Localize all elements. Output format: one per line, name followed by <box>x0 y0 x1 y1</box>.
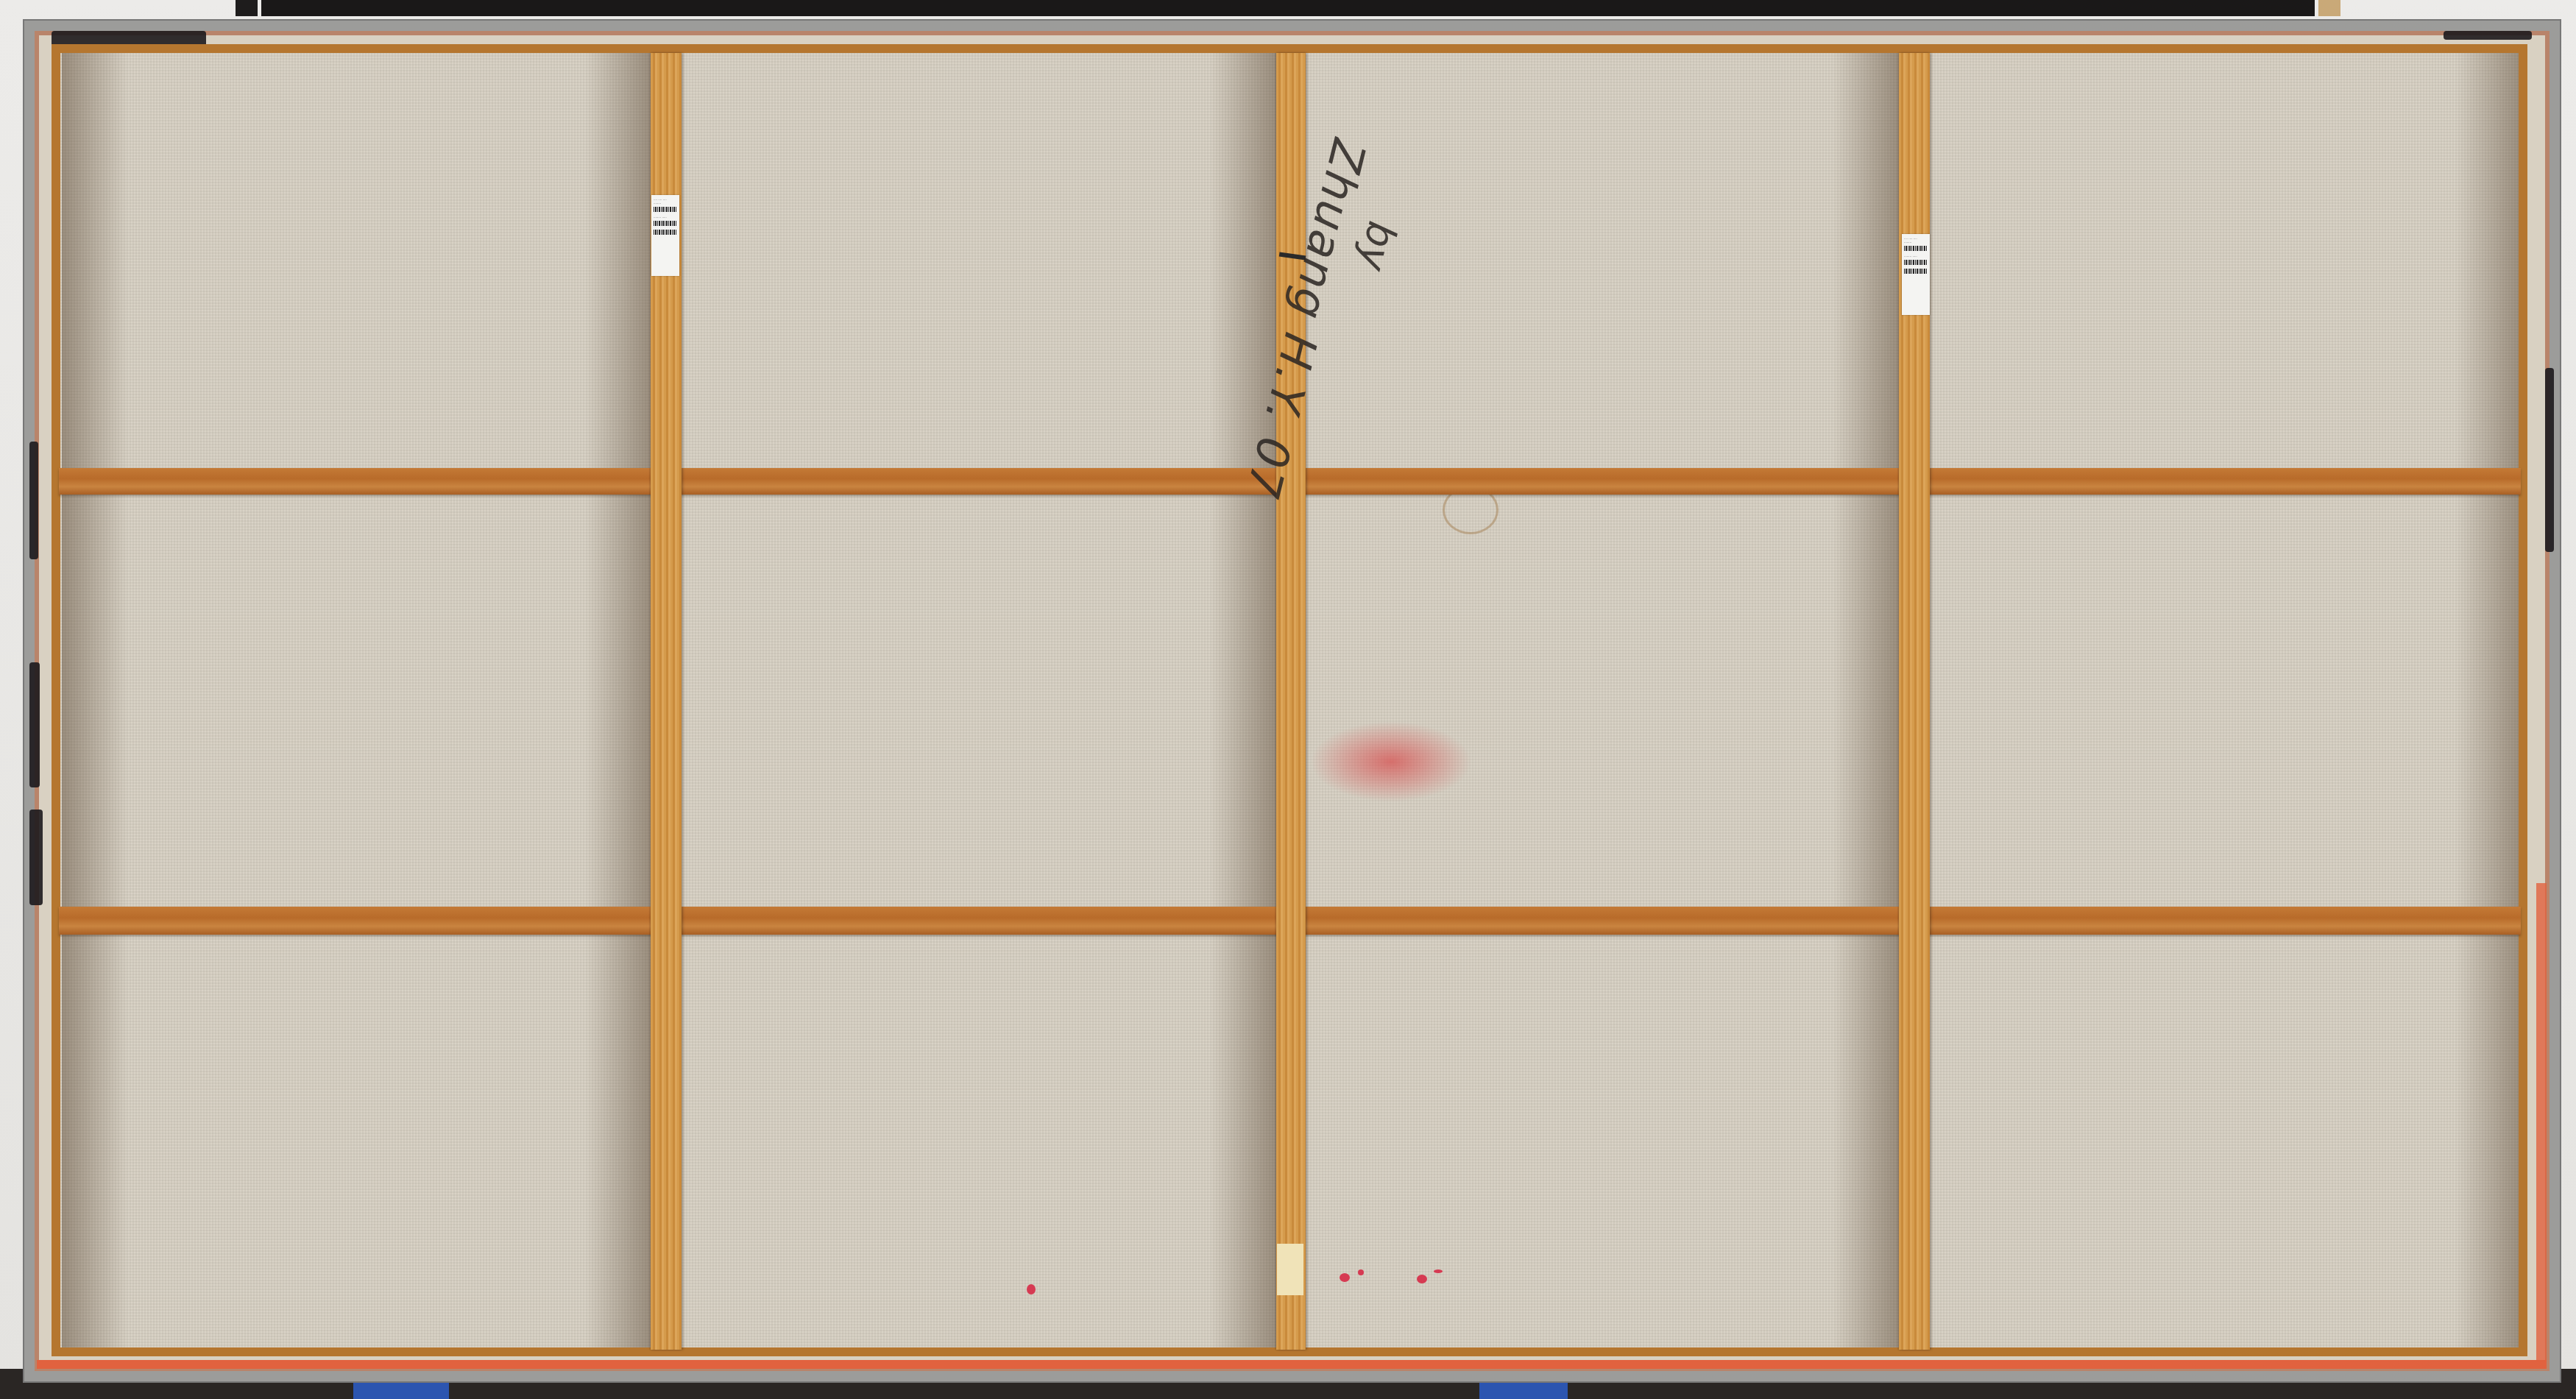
easel-post-right <box>2318 0 2340 16</box>
worn-paint-patch <box>1277 1244 1303 1295</box>
top-dark-strip <box>261 0 2315 16</box>
barcode-icon <box>1904 246 1928 251</box>
barcode-icon <box>654 230 677 235</box>
black-paint-top-right <box>2444 31 2532 40</box>
black-paint-left-3 <box>29 810 43 905</box>
label-text: ········ ····· <box>654 216 677 219</box>
inventory-label-right: ···· ···· ···· ········ ········ ····· <box>1902 234 1930 315</box>
inventory-label-left: ···· ···· ···· ········ ········ ····· <box>651 195 679 276</box>
barcode-icon <box>1904 260 1928 265</box>
red-paint-right-edge <box>2536 883 2547 1361</box>
barcode-icon <box>654 221 677 226</box>
black-paint-left-1 <box>29 442 38 559</box>
black-paint-left-2 <box>29 662 40 787</box>
label-text: ········ ····· <box>1904 255 1928 258</box>
black-paint-right <box>2545 368 2554 552</box>
easel-post-left <box>236 0 258 16</box>
barcode-icon <box>1904 269 1928 274</box>
barcode-icon <box>654 207 677 212</box>
label-text: ········ <box>654 202 677 205</box>
label-text: ········ <box>1904 241 1928 244</box>
red-paint-bottom-edge <box>37 1360 2547 1369</box>
